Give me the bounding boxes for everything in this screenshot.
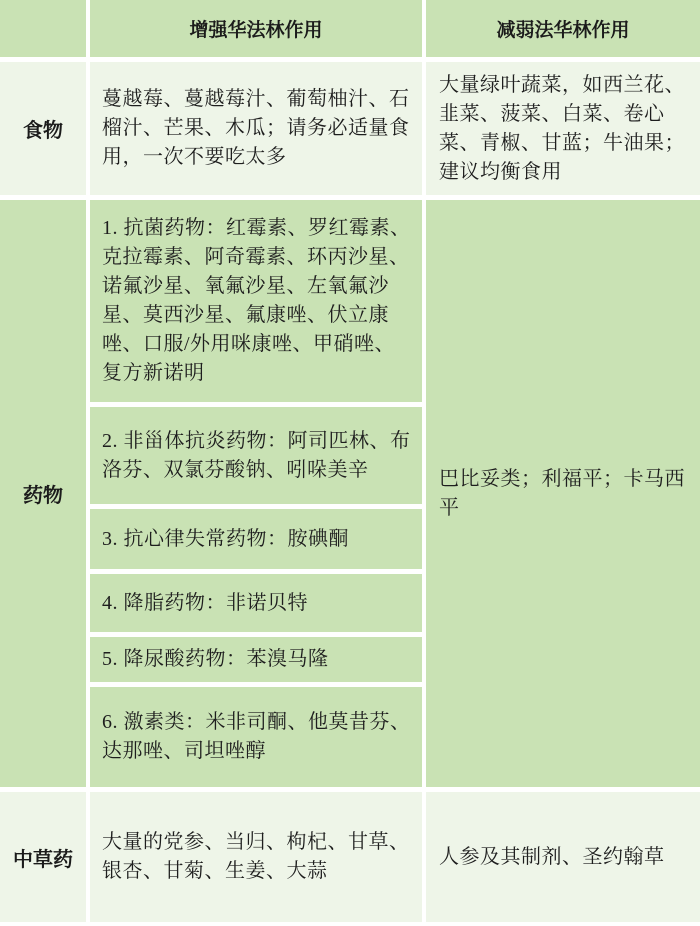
- drug-category-nsaid: 2. 非甾体抗炎药物：阿司匹林、布洛芬、双氯芬酸钠、吲哚美辛: [90, 407, 422, 504]
- header-weaken-label: 减弱法华林作用: [496, 15, 629, 42]
- herbs-enhance-text: 大量的党参、当归、枸杞、甘草、银杏、甘菊、生姜、大蒜: [90, 828, 422, 886]
- header-weaken-column: 减弱法华林作用: [426, 0, 700, 57]
- drug-category-uric-acid-text: 5. 降尿酸药物：苯溴马隆: [90, 645, 337, 674]
- drug-category-nsaid-text: 2. 非甾体抗炎药物：阿司匹林、布洛芬、双氯芬酸钠、吲哚美辛: [90, 427, 422, 485]
- food-weaken-text: 大量绿叶蔬菜，如西兰花、韭菜、菠菜、白菜、卷心菜、青椒、甘蓝；牛油果；建议均衡食…: [426, 71, 700, 187]
- drug-category-lipid-lowering-text: 4. 降脂药物：非诺贝特: [90, 589, 316, 618]
- drug-category-lipid-lowering: 4. 降脂药物：非诺贝特: [90, 574, 422, 632]
- drug-category-antibacterial-text: 1. 抗菌药物：红霉素、罗红霉素、克拉霉素、阿奇霉素、环丙沙星、诺氟沙星、氧氟沙…: [90, 214, 422, 388]
- food-weaken-cell: 大量绿叶蔬菜，如西兰花、韭菜、菠菜、白菜、卷心菜、青椒、甘蓝；牛油果；建议均衡食…: [426, 62, 700, 195]
- drug-category-antibacterial: 1. 抗菌药物：红霉素、罗红霉素、克拉霉素、阿奇霉素、环丙沙星、诺氟沙星、氧氟沙…: [90, 200, 422, 402]
- food-enhance-cell: 蔓越莓、蔓越莓汁、葡萄柚汁、石榴汁、芒果、木瓜；请务必适量食用，一次不要吃太多: [90, 62, 422, 195]
- drug-category-uric-acid: 5. 降尿酸药物：苯溴马隆: [90, 637, 422, 682]
- row-label-herbs: 中草药: [0, 792, 86, 922]
- drug-category-hormone-text: 6. 激素类：米非司酮、他莫昔芬、达那唑、司坦唑醇: [90, 708, 422, 766]
- row-label-food: 食物: [0, 62, 86, 195]
- drugs-weaken-text: 巴比妥类；利福平；卡马西平: [426, 465, 700, 523]
- drug-category-antiarrhythmic-text: 3. 抗心律失常药物：胺碘酮: [90, 525, 357, 554]
- food-enhance-text: 蔓越莓、蔓越莓汁、葡萄柚汁、石榴汁、芒果、木瓜；请务必适量食用，一次不要吃太多: [90, 85, 422, 172]
- herbs-weaken-cell: 人参及其制剂、圣约翰草: [426, 792, 700, 922]
- header-enhance-column: 增强华法林作用: [90, 0, 422, 57]
- header-corner-cell: [0, 0, 86, 57]
- drug-category-antiarrhythmic: 3. 抗心律失常药物：胺碘酮: [90, 509, 422, 569]
- drug-category-hormone: 6. 激素类：米非司酮、他莫昔芬、达那唑、司坦唑醇: [90, 687, 422, 787]
- drugs-enhance-cell: 1. 抗菌药物：红霉素、罗红霉素、克拉霉素、阿奇霉素、环丙沙星、诺氟沙星、氧氟沙…: [90, 200, 422, 787]
- header-enhance-label: 增强华法林作用: [189, 15, 322, 42]
- herbs-enhance-cell: 大量的党参、当归、枸杞、甘草、银杏、甘菊、生姜、大蒜: [90, 792, 422, 922]
- herbs-weaken-text: 人参及其制剂、圣约翰草: [426, 843, 675, 872]
- row-label-drugs: 药物: [0, 200, 86, 787]
- table-grid: 增强华法林作用 减弱法华林作用 食物 蔓越莓、蔓越莓汁、葡萄柚汁、石榴汁、芒果、…: [0, 0, 700, 926]
- drugs-weaken-cell: 巴比妥类；利福平；卡马西平: [426, 200, 700, 787]
- warfarin-interaction-table: 增强华法林作用 减弱法华林作用 食物 蔓越莓、蔓越莓汁、葡萄柚汁、石榴汁、芒果、…: [0, 0, 700, 926]
